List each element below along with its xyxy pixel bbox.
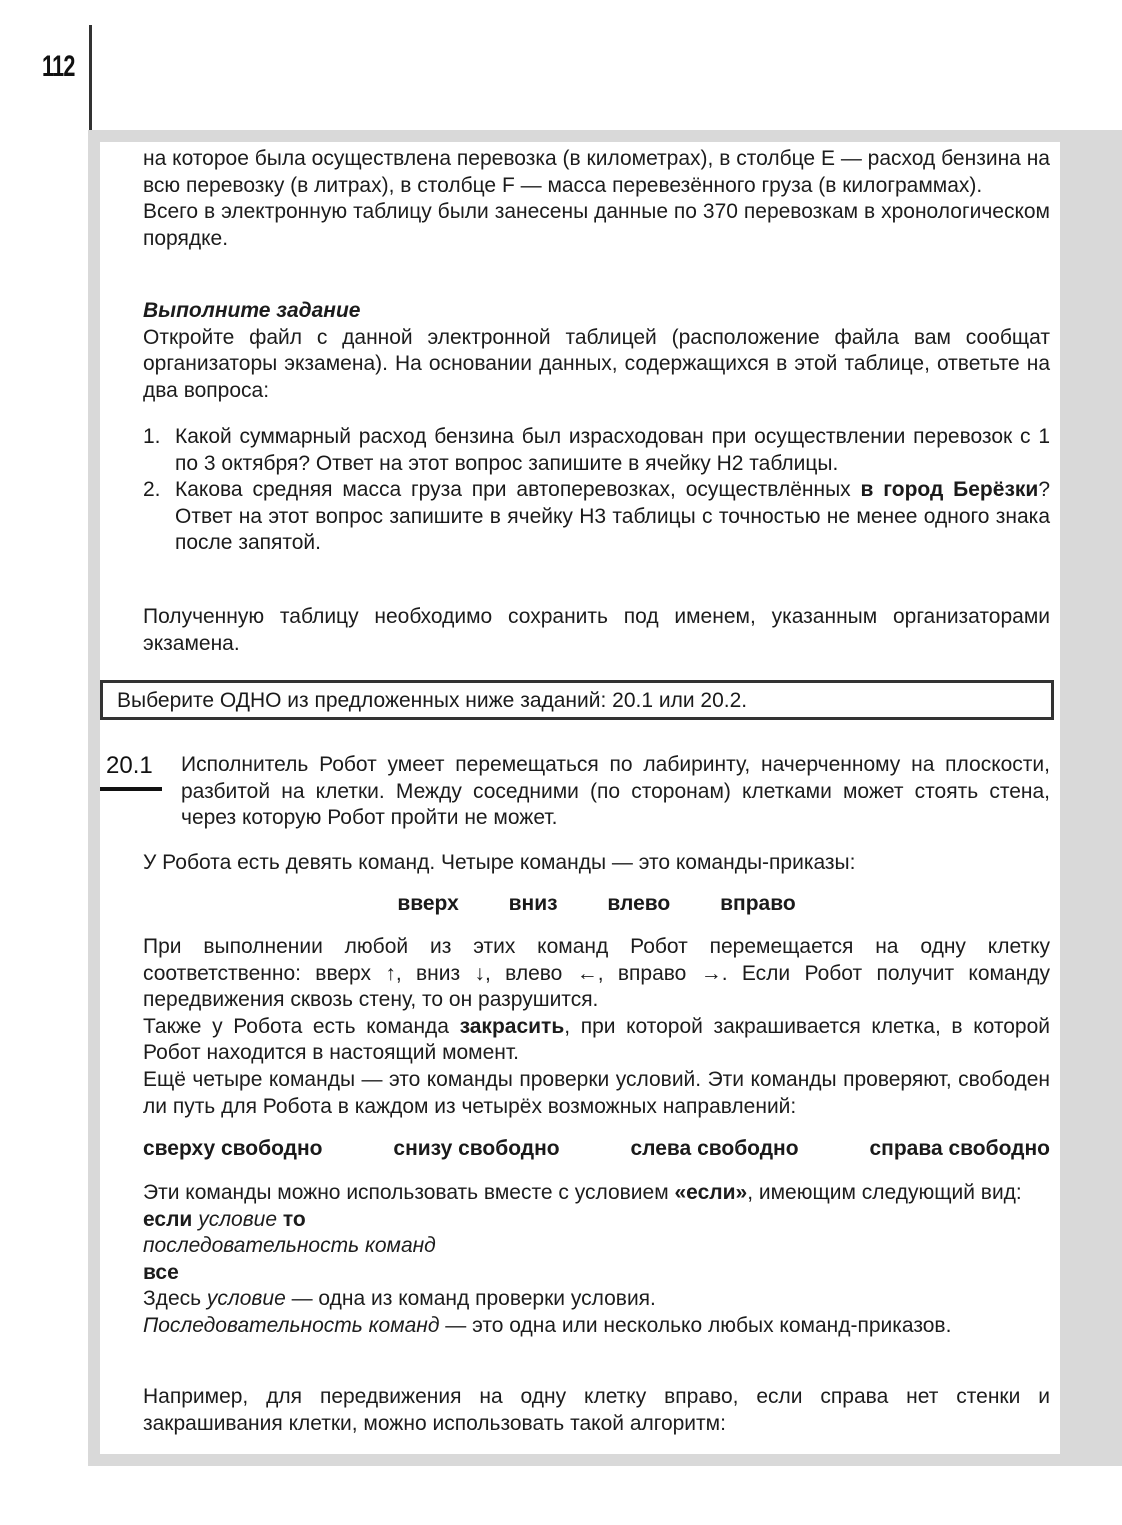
question-number: 1. xyxy=(143,424,161,451)
explain2-after: — это одна или несколько любых команд-пр… xyxy=(439,1314,951,1337)
lead-paragraph-1: на которое была осуществлена перевозка (… xyxy=(143,146,1050,199)
save-note-text: Полученную таблицу необходимо сохранить … xyxy=(143,604,1050,657)
check-bottom-free: снизу свободно xyxy=(393,1137,559,1161)
order-commands: вверх вниз влево вправо xyxy=(143,892,1050,916)
example-paragraph: Например, для передвижения на одну клетк… xyxy=(143,1384,1050,1437)
nine-commands-text: У Робота есть девять команд. Четыре кома… xyxy=(143,850,1050,877)
lead-paragraph-2: Всего в электронную таблицу были занесен… xyxy=(143,199,1050,252)
moves-block: При выполнении любой из этих команд Робо… xyxy=(143,934,1050,1120)
checks-intro: Ещё четыре команды — это команды проверк… xyxy=(143,1067,1050,1120)
syntax-sequence: последовательность команд xyxy=(143,1233,1050,1260)
question-number: 2. xyxy=(143,477,161,504)
if-intro: Эти команды можно использовать вместе с … xyxy=(143,1180,1050,1207)
page-number-rule xyxy=(89,25,92,131)
question-item: 1. Какой суммарный расход бензина был из… xyxy=(143,424,1050,477)
task-number-underline xyxy=(100,787,162,791)
explain-sequence: Последовательность команд — это одна или… xyxy=(143,1313,1050,1340)
command-right: вправо xyxy=(720,892,796,916)
if-before: Эти команды можно использовать вместе с … xyxy=(143,1181,674,1204)
explain1-term: условие xyxy=(207,1287,286,1310)
syntax-condition: условие xyxy=(198,1208,277,1231)
check-left-free: слева свободно xyxy=(631,1137,799,1161)
task-text: Откройте файл с данной электронной табли… xyxy=(143,325,1050,405)
question-text-bold: в город Берёзки xyxy=(861,478,1039,501)
syntax-if: если xyxy=(143,1208,192,1231)
choose-task-box: Выберите ОДНО из предложенных ниже задан… xyxy=(100,680,1054,720)
command-up: вверх xyxy=(397,892,458,916)
syntax-line-1: если условие то xyxy=(143,1207,1050,1234)
example-text: Например, для передвижения на одну клетк… xyxy=(143,1384,1050,1437)
task-block: Выполните задание Откройте файл с данной… xyxy=(143,298,1050,404)
question-item: 2. Какова средняя масса груза при автопе… xyxy=(143,477,1050,557)
question-list: 1. Какой суммарный расход бензина был из… xyxy=(143,424,1050,557)
paint-before: Также у Робота есть команда xyxy=(143,1015,460,1038)
lead-text: на которое была осуществлена перевозка (… xyxy=(143,146,1050,252)
nine-commands-line: У Робота есть девять команд. Четыре кома… xyxy=(143,850,1050,877)
if-keyword: «если» xyxy=(674,1181,747,1204)
paint-command: закрасить xyxy=(460,1015,565,1038)
moves-text: При выполнении любой из этих команд Робо… xyxy=(143,934,1050,1014)
task-heading: Выполните задание xyxy=(143,298,1050,325)
explain2-term: Последовательность команд xyxy=(143,1314,439,1337)
explain1-after: — одна из команд проверки условия. xyxy=(286,1287,656,1310)
paint-text: Также у Робота есть команда закрасить, п… xyxy=(143,1014,1050,1067)
check-top-free: сверху свободно xyxy=(143,1137,323,1161)
question-text-before: Какова средняя масса груза при автоперев… xyxy=(175,478,861,501)
check-commands: сверху свободно снизу свободно слева сво… xyxy=(143,1137,1050,1161)
check-right-free: справа свободно xyxy=(869,1137,1050,1161)
command-left: влево xyxy=(607,892,670,916)
save-note: Полученную таблицу необходимо сохранить … xyxy=(143,604,1050,657)
command-down: вниз xyxy=(509,892,558,916)
explain1-before: Здесь xyxy=(143,1287,207,1310)
page-number: 112 xyxy=(42,50,75,84)
question-text: Какой суммарный расход бензина был израс… xyxy=(175,425,1050,475)
if-after: , имеющим следующий вид: xyxy=(747,1181,1022,1204)
if-description: Эти команды можно использовать вместе с … xyxy=(143,1180,1050,1340)
task-intro-text: Исполнитель Робот умеет перемещаться по … xyxy=(181,752,1050,832)
task-number: 20.1 xyxy=(106,752,153,780)
syntax-then: то xyxy=(283,1208,306,1231)
syntax-end: все xyxy=(143,1260,1050,1287)
explain-condition: Здесь условие — одна из команд проверки … xyxy=(143,1286,1050,1313)
task-intro: Исполнитель Робот умеет перемещаться по … xyxy=(181,752,1050,832)
